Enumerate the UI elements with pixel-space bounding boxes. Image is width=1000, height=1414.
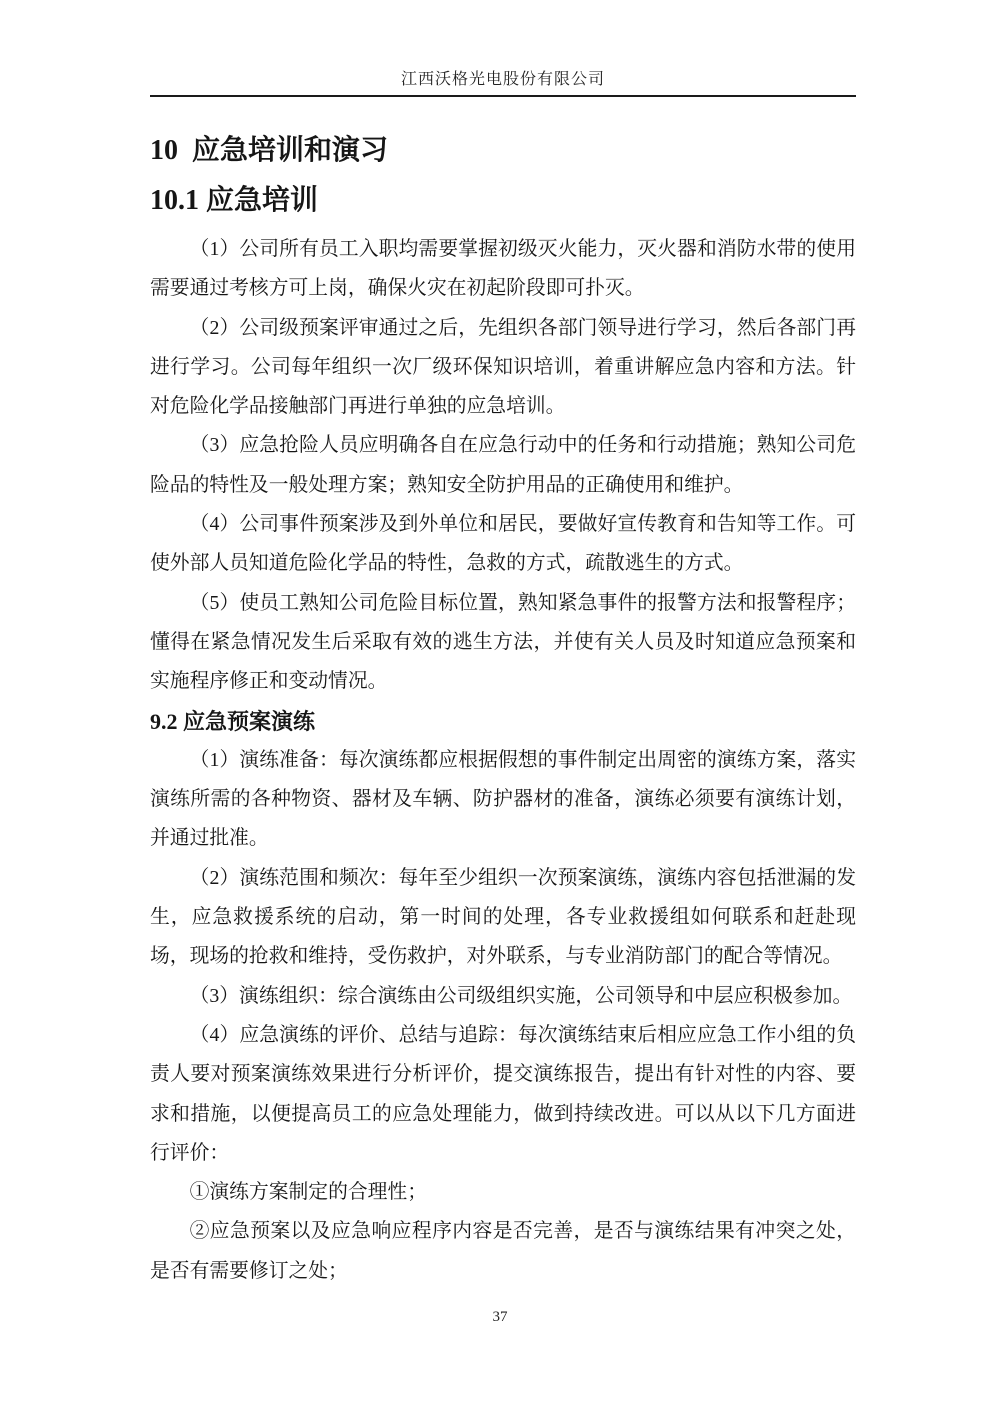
paragraph-evaluation-item-1: ①演练方案制定的合理性； bbox=[150, 1173, 856, 1212]
paragraph-drill-1: （1）演练准备：每次演练都应根据假想的事件制定出周密的演练方案，落实演练所需的各… bbox=[150, 741, 856, 859]
paragraph-drill-2: （2）演练范围和频次：每年至少组织一次预案演练，演练内容包括泄漏的发生，应急救援… bbox=[150, 859, 856, 977]
paragraph-emergency-training-1: （1）公司所有员工入职均需要掌握初级灭火能力，灭火器和消防水带的使用需要通过考核… bbox=[150, 230, 856, 309]
page-header: 江西沃格光电股份有限公司 bbox=[150, 66, 856, 97]
paragraph-evaluation-item-2: ②应急预案以及应急响应程序内容是否完善，是否与演练结果有冲突之处，是否有需要修订… bbox=[150, 1212, 856, 1291]
paragraph-emergency-training-2: （2）公司级预案评审通过之后，先组织各部门领导进行学习，然后各部门再进行学习。公… bbox=[150, 309, 856, 427]
paragraph-drill-3: （3）演练组织：综合演练由公司级组织实施，公司领导和中层应积极参加。 bbox=[150, 977, 856, 1016]
document-body: 10 应急培训和演习 10.1 应急培训 （1）公司所有员工入职均需要掌握初级灭… bbox=[150, 126, 856, 1291]
paragraph-emergency-training-4: （4）公司事件预案涉及到外单位和居民，要做好宣传教育和告知等工作。可使外部人员知… bbox=[150, 505, 856, 584]
section-10-title: 10 应急培训和演习 bbox=[150, 134, 856, 168]
paragraph-emergency-training-3: （3）应急抢险人员应明确各自在应急行动中的任务和行动措施；熟知公司危险品的特性及… bbox=[150, 426, 856, 505]
page-number: 37 bbox=[493, 1309, 508, 1325]
section-9-2-title: 9.2 应急预案演练 bbox=[150, 702, 856, 741]
document-page: 江西沃格光电股份有限公司 10 应急培训和演习 10.1 应急培训 （1）公司所… bbox=[0, 0, 1000, 1414]
paragraph-emergency-training-5: （5）使员工熟知公司危险目标位置，熟知紧急事件的报警方法和报警程序；懂得在紧急情… bbox=[150, 584, 856, 702]
paragraph-drill-4: （4）应急演练的评价、总结与追踪：每次演练结束后相应应急工作小组的负责人要对预案… bbox=[150, 1016, 856, 1173]
page-footer: 37 bbox=[0, 1308, 1000, 1326]
company-name: 江西沃格光电股份有限公司 bbox=[401, 71, 605, 88]
section-10-1-title: 10.1 应急培训 bbox=[150, 184, 856, 218]
